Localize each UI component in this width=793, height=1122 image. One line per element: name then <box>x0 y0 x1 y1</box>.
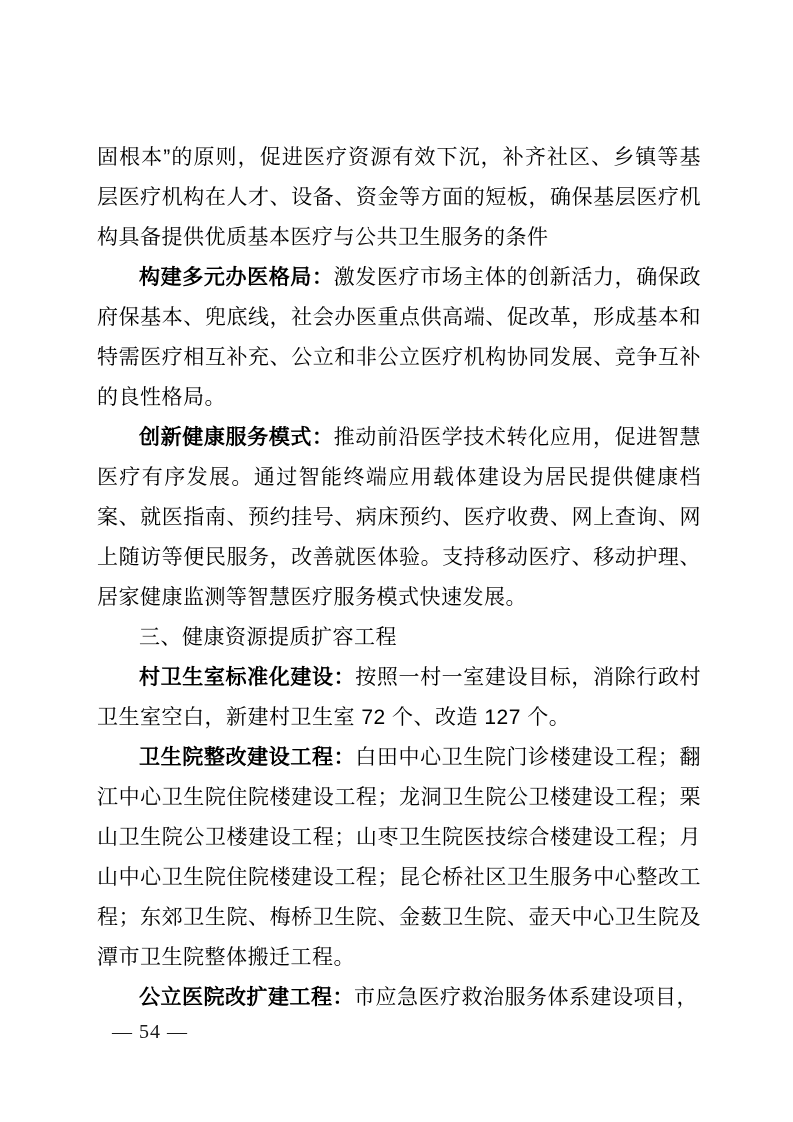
paragraph-lead: 村卫生室标准化建设： <box>139 666 355 689</box>
paragraph-text: 白田中心卫生院门诊楼建设工程；翻江中心卫生院住院楼建设工程；龙洞卫生院公卫楼建设… <box>97 746 701 969</box>
paragraph-lead: 卫生院整改建设工程： <box>139 746 355 769</box>
page-number: — 54 — <box>112 1018 188 1046</box>
paragraph-continuation: 固根本”的原则，促进医疗资源有效下沉，补齐社区、乡镇等基层医疗机构在人才、设备、… <box>97 138 701 258</box>
paragraph-text: 市应急医疗救治服务体系建设项目， <box>354 986 698 1009</box>
paragraph-health-center-construction: 卫生院整改建设工程：白田中心卫生院门诊楼建设工程；翻江中心卫生院住院楼建设工程；… <box>97 738 701 978</box>
paragraph-text: 推动前沿医学技术转化应用，促进智慧医疗有序发展。通过智能终端应用载体建设为居民提… <box>97 426 701 609</box>
body-text: 固根本”的原则，促进医疗资源有效下沉，补齐社区、乡镇等基层医疗机构在人才、设备、… <box>97 138 701 1018</box>
paragraph-lead: 创新健康服务模式： <box>139 426 334 449</box>
paragraph-text: 固根本”的原则，促进医疗资源有效下沉，补齐社区、乡镇等基层医疗机构在人才、设备、… <box>97 146 701 249</box>
paragraph-text: 三、健康资源提质扩容工程 <box>139 626 397 649</box>
paragraph-public-hospital-expansion: 公立医院改扩建工程：市应急医疗救治服务体系建设项目， <box>97 978 701 1018</box>
paragraph-village-clinic: 村卫生室标准化建设：按照一村一室建设目标，消除行政村卫生室空白，新建村卫生室 7… <box>97 658 701 738</box>
paragraph-health-service-model: 创新健康服务模式：推动前沿医学技术转化应用，促进智慧医疗有序发展。通过智能终端应… <box>97 418 701 618</box>
paragraph-lead: 构建多元办医格局： <box>139 266 334 289</box>
section-heading-three: 三、健康资源提质扩容工程 <box>97 618 701 658</box>
paragraph-lead: 公立医院改扩建工程： <box>139 986 354 1009</box>
paragraph-diversified-medical: 构建多元办医格局：激发医疗市场主体的创新活力，确保政府保基本、兜底线，社会办医重… <box>97 258 701 418</box>
document-page: 固根本”的原则，促进医疗资源有效下沉，补齐社区、乡镇等基层医疗机构在人才、设备、… <box>0 0 793 1122</box>
